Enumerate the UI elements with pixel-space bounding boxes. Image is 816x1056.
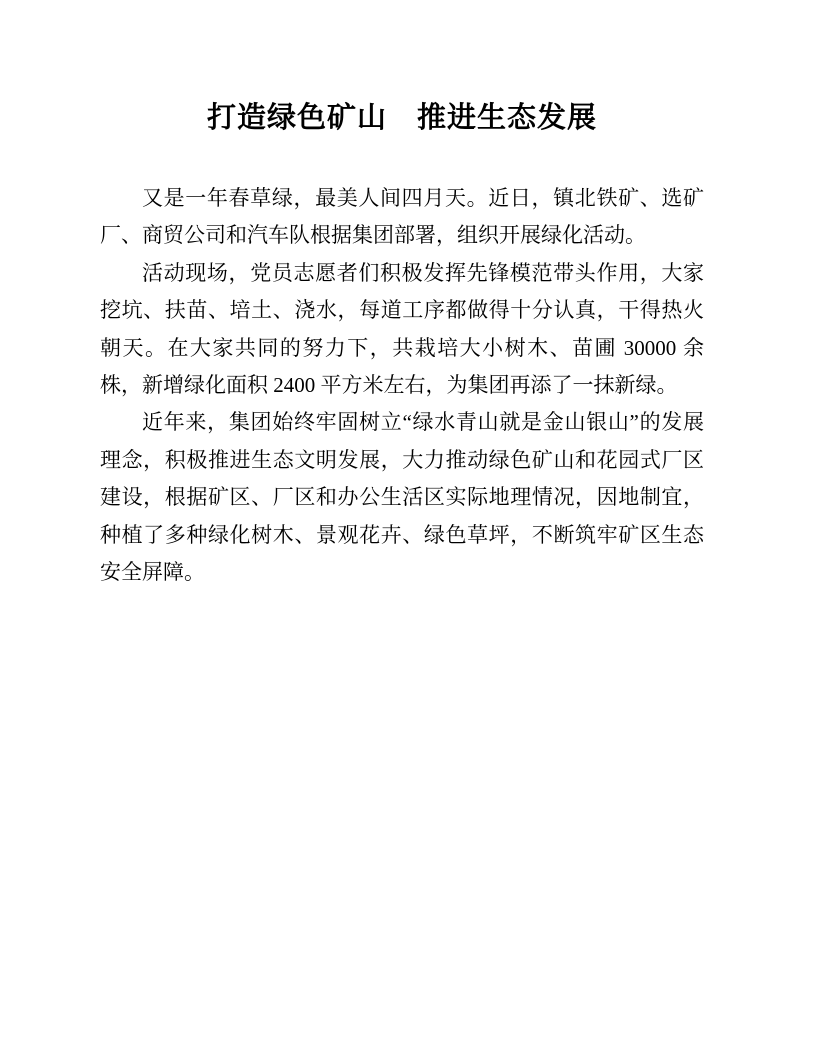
paragraph-1: 又是一年春草绿，最美人间四月天。近日，镇北铁矿、选矿厂、商贸公司和汽车队根据集团… xyxy=(100,180,704,255)
document-title: 打造绿色矿山 推进生态发展 xyxy=(100,96,704,140)
paragraph-3: 近年来，集团始终牢固树立“绿水青山就是金山银山”的发展理念，积极推进生态文明发展… xyxy=(100,404,704,591)
paragraph-2: 活动现场，党员志愿者们积极发挥先锋模范带头作用，大家挖坑、扶苗、培土、浇水，每道… xyxy=(100,255,704,405)
document-page: 打造绿色矿山 推进生态发展 又是一年春草绿，最美人间四月天。近日，镇北铁矿、选矿… xyxy=(0,0,816,1056)
